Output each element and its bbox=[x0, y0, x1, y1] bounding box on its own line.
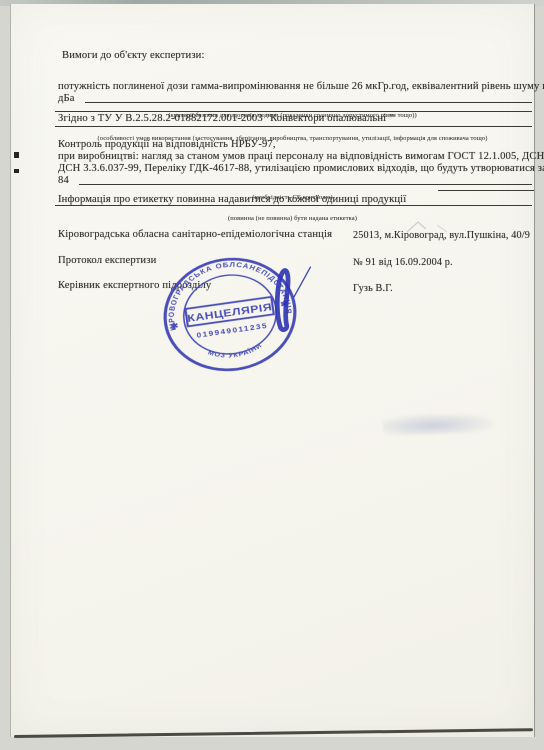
requirement-line-2: дБа bbox=[58, 93, 75, 104]
stamp-star-left-icon: ✱ bbox=[169, 321, 179, 331]
protocol-number: № 91 від 16.09.2004 р. bbox=[353, 257, 453, 268]
protocol-label: Протокол експертизи bbox=[58, 255, 156, 266]
signatory-name: Гузь В.Г. bbox=[353, 283, 393, 294]
document-page: Вимоги до об'єкту експертизи: потужність… bbox=[10, 4, 535, 737]
ink-smudge-artifact bbox=[383, 412, 494, 436]
requirement-line-2-row: дБа bbox=[58, 93, 532, 104]
field-underline bbox=[79, 184, 532, 185]
control-line-4: 84 bbox=[58, 175, 69, 186]
label-requirement-line: Інформація про етикетку повинна надавити… bbox=[58, 194, 406, 205]
svg-text:МОЗ УКРАЇНИ: МОЗ УКРАЇНИ bbox=[206, 342, 265, 363]
control-line-4-row: 84 bbox=[58, 175, 532, 186]
signature-main-stroke bbox=[277, 271, 288, 330]
field-underline bbox=[85, 102, 532, 103]
organization-name: Кіровоградська обласна санітарно-епідемі… bbox=[58, 229, 332, 240]
field-underline bbox=[438, 190, 534, 191]
control-line-2: при виробництві: нагляд за станом умов п… bbox=[58, 151, 544, 162]
scan-edge-mark bbox=[14, 169, 19, 173]
stamp-center-label: КАНЦЕЛЯРІЯ bbox=[187, 302, 273, 325]
pen-signature bbox=[269, 264, 321, 336]
label-caption: (повинна (не повинна) бути надана етикет… bbox=[228, 215, 357, 222]
faint-pencil-marks bbox=[399, 216, 459, 238]
standard-reference-line: Згідно з ТУ У В.2.5.28.2-01882172.001-20… bbox=[58, 113, 394, 124]
control-line-1: Контроль продукції на відповідність НРБУ… bbox=[58, 139, 276, 150]
requirement-line-1: потужність поглиненої дози гамма-випромі… bbox=[58, 81, 544, 92]
scan-edge-mark bbox=[14, 152, 19, 158]
signature-flick-stroke bbox=[294, 267, 310, 297]
control-line-3: ДСН 3.3.6.037-99, Переліку ГДК-4617-88, … bbox=[58, 163, 544, 174]
stamp-ring-bottom-text: МОЗ УКРАЇНИ bbox=[206, 342, 265, 363]
page-heading: Вимоги до об'єкту експертизи: bbox=[62, 50, 205, 61]
